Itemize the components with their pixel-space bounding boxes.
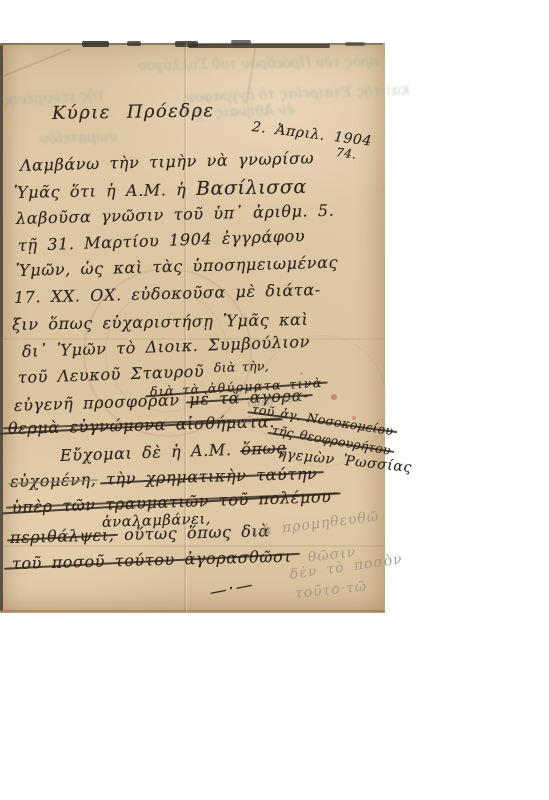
pencil-struck-segment: εὐχομένη, bbox=[10, 472, 97, 490]
letter-line-segment: οὕτως ὅπως διὰ bbox=[124, 523, 270, 543]
salutation: Κύριε Πρόεδρε bbox=[52, 102, 215, 123]
letter-date-correction: 74. bbox=[335, 146, 357, 161]
struck-segment: περιθάλψει, bbox=[10, 527, 115, 546]
bleed-through-line: σωματείου bbox=[40, 129, 118, 148]
letter-line-segment: Βασίλισσα bbox=[196, 178, 307, 199]
letter-line: Ὑμᾶς ὅτι ἡ Α.Μ. ἡ Βασίλισσα bbox=[14, 178, 307, 202]
scanned-letter-screenshot: πρὸς τὸν Πρόεδρον τοῦ Συλλόγου τῆς γενομ… bbox=[0, 0, 549, 800]
pencil-margin-note: τοῦ bbox=[233, 416, 253, 428]
struck-segment: ὅπως bbox=[241, 440, 286, 458]
letter-line-segment: Ὑμᾶς ὅτι ἡ Α.Μ. ἡ bbox=[14, 182, 187, 201]
inserted-word: διὰ τὴν, bbox=[214, 360, 270, 374]
